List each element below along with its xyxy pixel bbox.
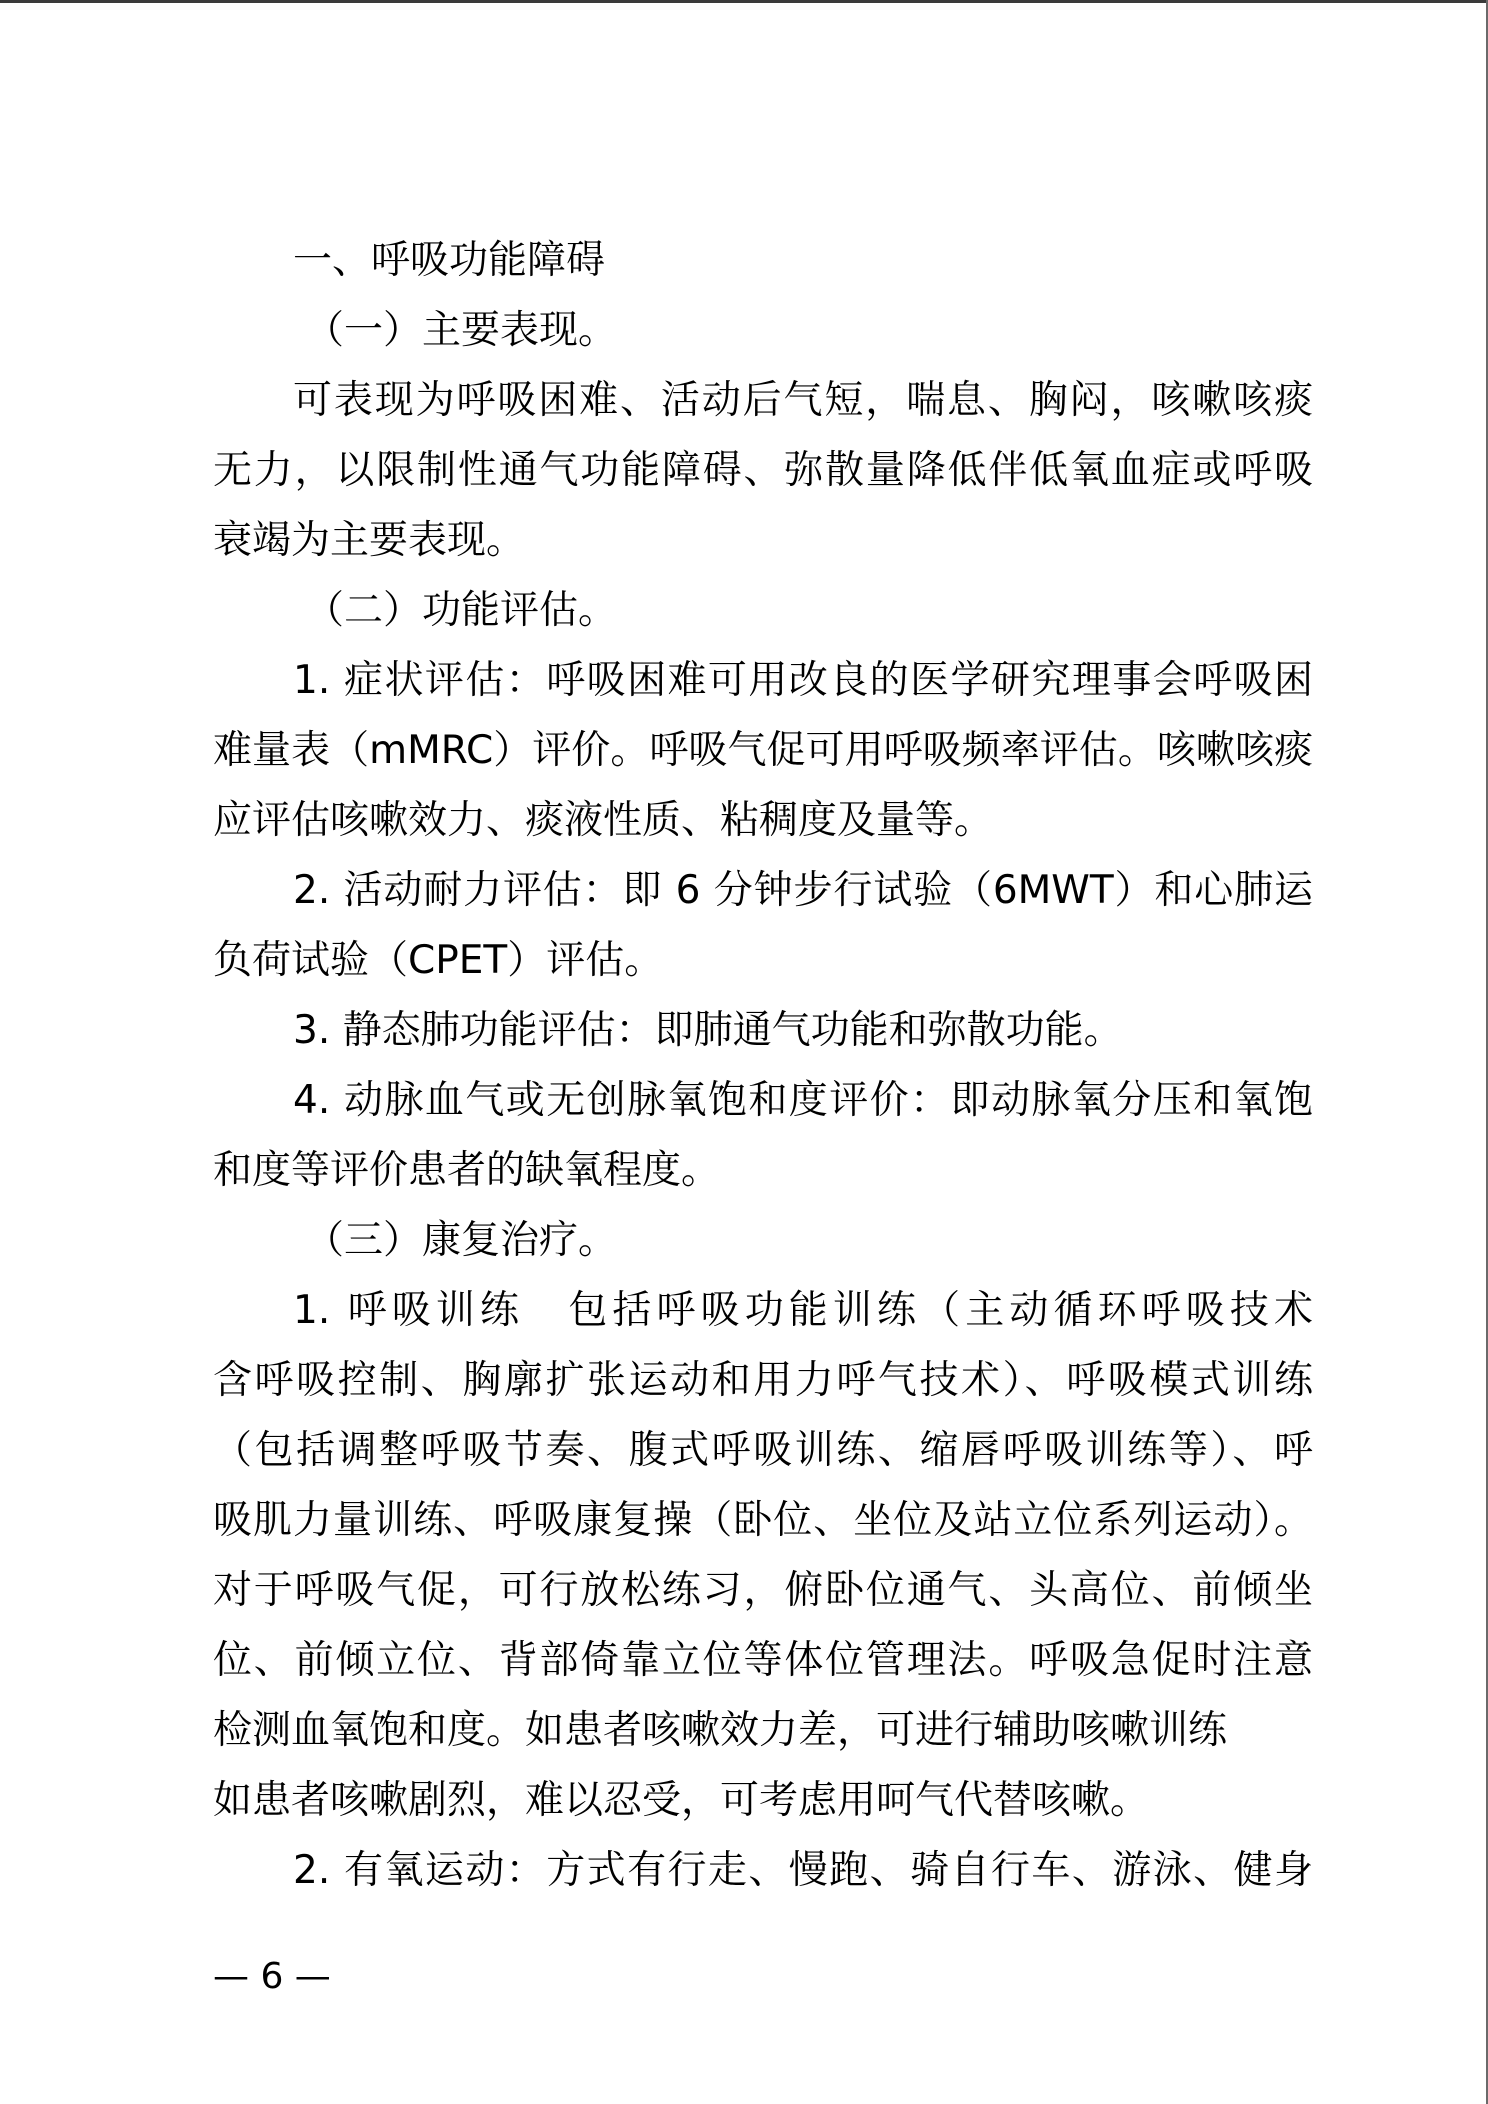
list-item-line: 如患者咳嗽剧烈，难以忍受，可考虑用呵气代替咳嗽。 — [213, 1766, 1313, 1836]
list-item-line: 负荷试验（CPET）评估。 — [213, 926, 1313, 996]
paragraph-line: 无力，以限制性通气功能障碍、弥散量降低伴低氧血症或呼吸 — [213, 436, 1313, 506]
list-item-line: （包括调整呼吸节奏、腹式呼吸训练、缩唇呼吸训练等）、呼 — [213, 1416, 1313, 1486]
paragraph-line: 可表现为呼吸困难、活动后气短，喘息、胸闷，咳嗽咳痰 — [213, 366, 1313, 436]
list-item-line: 1. 呼吸训练 包括呼吸功能训练（主动循环呼吸技术 ACBT — [213, 1276, 1313, 1346]
list-item-line: 4. 动脉血气或无创脉氧饱和度评价：即动脉氧分压和氧饱 — [213, 1066, 1313, 1136]
section-heading: 一、呼吸功能障碍 — [213, 226, 1313, 296]
list-item-line: 位、前倾立位、背部倚靠立位等体位管理法。呼吸急促时注意 — [213, 1626, 1313, 1696]
list-item-line: 2. 活动耐力评估：即 6 分钟步行试验（6MWT）和心肺运动 — [213, 856, 1313, 926]
list-item-line: 1. 症状评估：呼吸困难可用改良的医学研究理事会呼吸困 — [213, 646, 1313, 716]
list-item-line: 吸肌力量训练、呼吸康复操（卧位、坐位及站立位系列运动）。 — [213, 1486, 1313, 1556]
list-item-line: 检测血氧饱和度。如患者咳嗽效力差，可进行辅助咳嗽训练 — [213, 1696, 1313, 1766]
subsection-heading-main-manifestations: （一）主要表现。 — [213, 296, 1313, 366]
page-number: — 6 — — [213, 1952, 331, 2002]
page-frame-top-edge — [0, 0, 1488, 3]
list-item-line: 和度等评价患者的缺氧程度。 — [213, 1136, 1313, 1206]
document-body: 一、呼吸功能障碍 （一）主要表现。 可表现为呼吸困难、活动后气短，喘息、胸闷，咳… — [213, 226, 1313, 1906]
paragraph-line: 衰竭为主要表现。 — [213, 506, 1313, 576]
list-item-line: 含呼吸控制、胸廓扩张运动和用力呼气技术）、呼吸模式训练 — [213, 1346, 1313, 1416]
list-item-line: 3. 静态肺功能评估：即肺通气功能和弥散功能。 — [213, 996, 1313, 1066]
list-item-line: 应评估咳嗽效力、痰液性质、粘稠度及量等。 — [213, 786, 1313, 856]
subsection-heading-functional-assessment: （二）功能评估。 — [213, 576, 1313, 646]
list-item-line: 2. 有氧运动：方式有行走、慢跑、骑自行车、游泳、健身 — [213, 1836, 1313, 1906]
list-item-line: 难量表（mMRC）评价。呼吸气促可用呼吸频率评估。咳嗽咳痰 — [213, 716, 1313, 786]
list-item-line: 对于呼吸气促，可行放松练习，俯卧位通气、头高位、前倾坐 — [213, 1556, 1313, 1626]
subsection-heading-rehabilitation-treatment: （三）康复治疗。 — [213, 1206, 1313, 1276]
